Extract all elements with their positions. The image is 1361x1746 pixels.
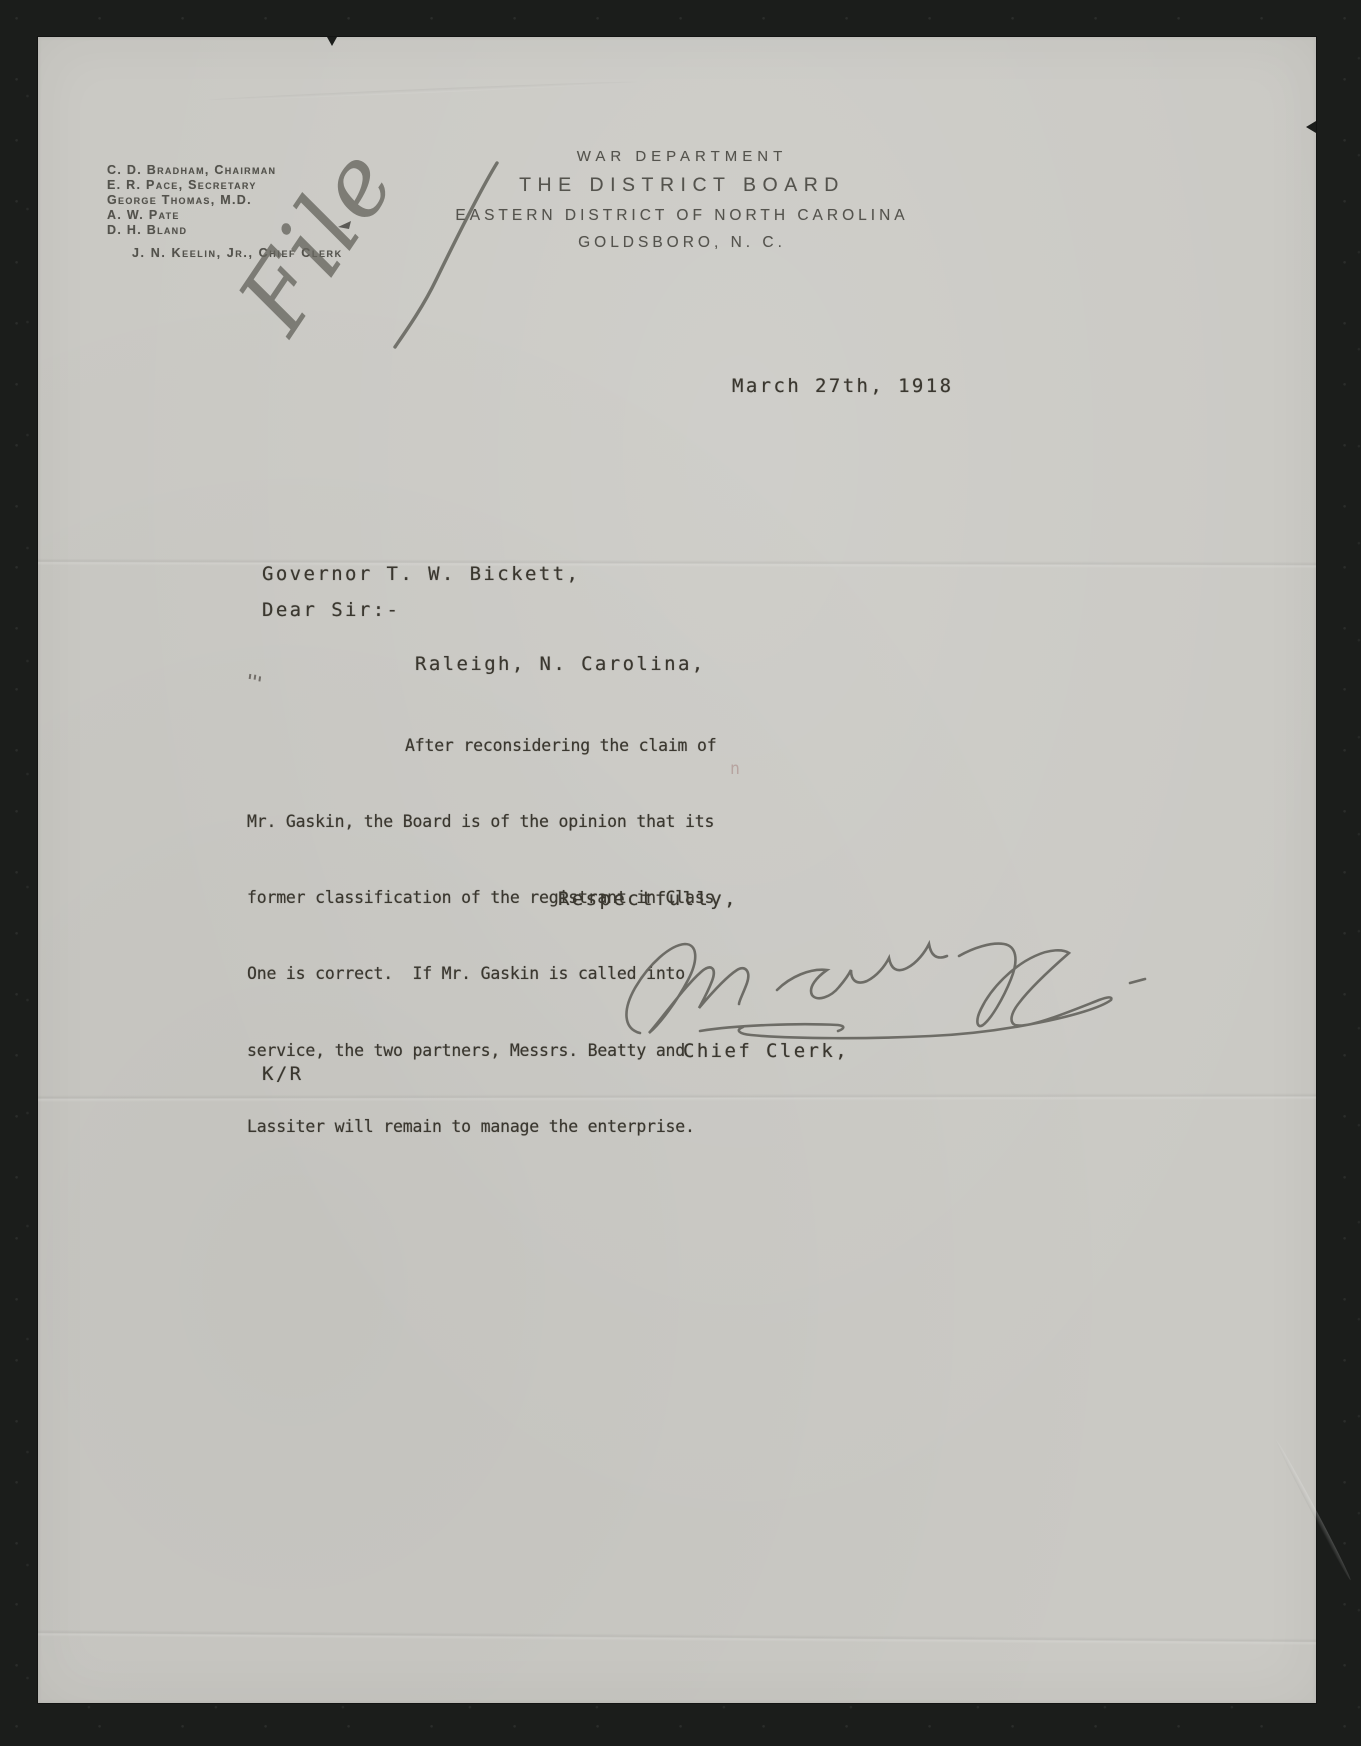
letter-body: After reconsidering the claim of Mr. Gas… bbox=[247, 682, 716, 1190]
letter-paper: C. D. Bradham, Chairman E. R. Pace, Secr… bbox=[38, 37, 1316, 1703]
paper-wrinkle-bottom-right bbox=[1273, 1438, 1353, 1582]
typist-initials: K/R bbox=[262, 1063, 304, 1085]
salutation: Dear Sir:- bbox=[262, 599, 400, 621]
body-line: One is correct. If Mr. Gaskin is called … bbox=[247, 961, 716, 986]
body-line: Lassiter will remain to manage the enter… bbox=[247, 1114, 716, 1139]
stray-ink-marks bbox=[249, 674, 252, 679]
officer-name: A. W. Pate bbox=[107, 208, 276, 223]
closing: Respectfully, bbox=[558, 888, 738, 910]
paper-edge-notch-top bbox=[327, 37, 337, 46]
officer-name: C. D. Bradham, Chairman bbox=[107, 163, 276, 178]
letterhead-officer-list: C. D. Bradham, Chairman E. R. Pace, Secr… bbox=[107, 163, 276, 238]
letter-date: March 27th, 1918 bbox=[732, 375, 953, 397]
body-line: Mr. Gaskin, the Board is of the opinion … bbox=[247, 809, 716, 834]
officer-name: E. R. Pace, Secretary bbox=[107, 178, 276, 193]
body-line: After reconsidering the claim of bbox=[247, 733, 716, 758]
letterhead-city: GOLDSBORO, N. C. bbox=[332, 234, 1032, 252]
officer-name: George Thomas, M.D. bbox=[107, 193, 276, 208]
letterhead-department: WAR DEPARTMENT bbox=[332, 148, 1032, 165]
letterhead-center: WAR DEPARTMENT THE DISTRICT BOARD EASTER… bbox=[332, 148, 1032, 252]
fold-crease-lower bbox=[38, 1630, 1316, 1646]
paper-edge-notch-right bbox=[1306, 121, 1316, 133]
letterhead-chief-clerk: J. N. Keelin, Jr., Chief Clerk bbox=[132, 246, 343, 260]
recipient-name: Governor T. W. Bickett, bbox=[262, 559, 706, 589]
officer-name: D. H. Bland bbox=[107, 223, 276, 238]
body-line: service, the two partners, Messrs. Beatt… bbox=[247, 1038, 716, 1063]
letterhead-district: EASTERN DISTRICT OF NORTH CAROLINA bbox=[332, 207, 1032, 225]
scanned-letter: C. D. Bradham, Chairman E. R. Pace, Secr… bbox=[0, 0, 1361, 1746]
paper-wrinkle-top bbox=[208, 80, 638, 102]
signer-title: Chief Clerk, bbox=[683, 1040, 849, 1062]
ink-ghost-mark: n bbox=[730, 759, 740, 778]
recipient-city: Raleigh, N. Carolina, bbox=[415, 649, 706, 679]
letterhead-board: THE DISTRICT BOARD bbox=[332, 174, 1032, 197]
